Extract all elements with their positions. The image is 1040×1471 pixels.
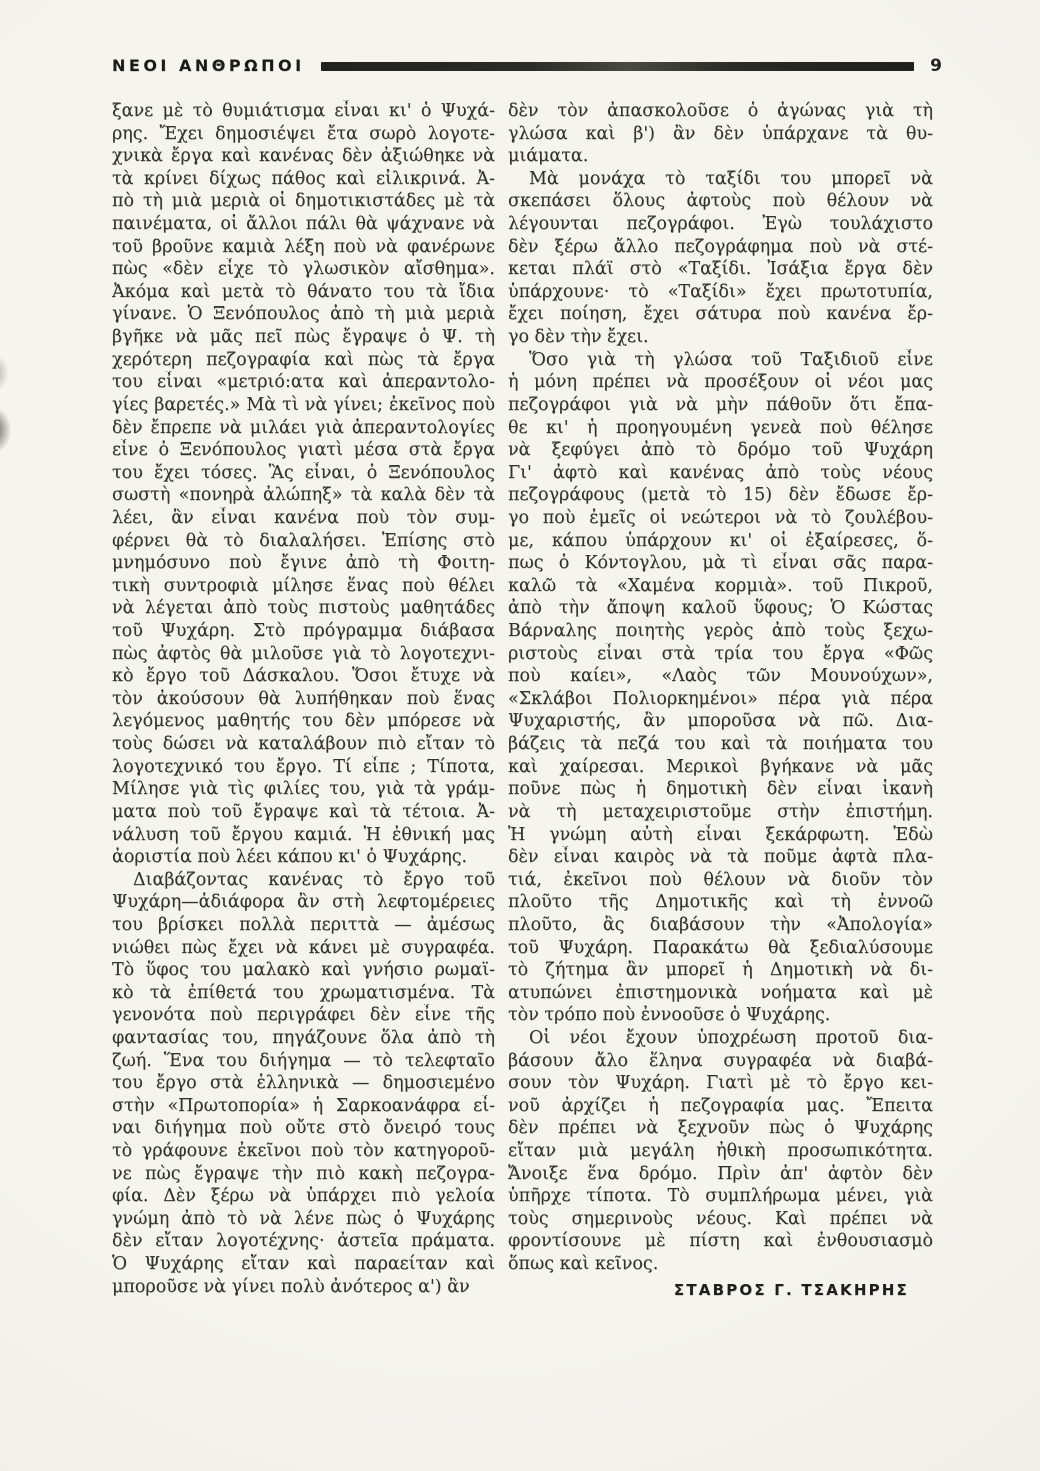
text-line: δὲν ξέρω ἄλλο πεζογράφημα ποὺ νὰ στέ-	[508, 236, 933, 259]
text-line: ἀοριστία ποὺ λέει κάπου κι' ὁ Ψυχάρης.	[112, 846, 495, 869]
text-line: τικὴ συντροφιὰ μίλησε ἕνας ποὺ θέλει	[112, 575, 495, 598]
text-line: τοῦ Ψυχάρη. Στὸ πρόγραμμα διάβασα	[112, 620, 495, 643]
text-line: λεγόμενος μαθητής του δὲν μπόρεσε νὰ	[112, 710, 495, 733]
text-line: τοῦ βροῦνε καμιὰ λέξη ποὺ νὰ φανέρωνε	[112, 236, 495, 259]
text-line: λέγουνται πεζογράφοι. Ἐγὼ τουλάχιστο	[508, 213, 933, 236]
text-line: τὰ κρίνει δίχως πάθος καὶ εἰλικρινά. Ἀ-	[112, 168, 495, 191]
text-line: Ἄνοιξε ἕνα δρόμο. Πρὶν ἀπ' ἀφτὸν δὲν	[508, 1163, 933, 1186]
text-line: τὸν ἀκούσουν θὰ λυπήθηκαν ποὺ ἕνας	[112, 688, 495, 711]
text-line: εἴταν μιὰ μεγάλη ἠθικὴ προσωπικότητα.	[508, 1140, 933, 1163]
text-line: Μίλησε γιὰ τὶς φιλίες του, γιὰ τὰ γράμ-	[112, 778, 495, 801]
text-line: δὲν πρέπει νὰ ξεχνοῦν πὼς ὁ Ψυχάρης	[508, 1117, 933, 1140]
text-line: γο δὲν τὴν ἔχει.	[508, 326, 933, 349]
text-line: νε πὼς ἔγραψε τὴν πιὸ κακὴ πεζογρα-	[112, 1163, 495, 1186]
text-line: πὼς «δὲν εἶχε τὸ γλωσικὸν αἴσθημα».	[112, 258, 495, 281]
text-line: βάσουν ἄλο ἕληνα συγραφέα νὰ διαβά-	[508, 1050, 933, 1073]
text-line: παινέματα, οἱ ἄλλοι πάλι θὰ ψάχνανε νὰ	[112, 213, 495, 236]
text-line: του ἔργο στὰ ἑλληνικὰ — δημοσιεμένο	[112, 1072, 495, 1095]
text-line: φαντασίας του, πηγάζουνε ὅλα ἀπὸ τὴ	[112, 1027, 495, 1050]
text-line: ποῦνε πὼς ἡ δημοτικὴ δὲν εἶναι ἱκανὴ	[508, 778, 933, 801]
text-line: τοὺς δώσει νὰ καταλάβουν πιὸ εἴταν τὸ	[112, 733, 495, 756]
text-line: φροντίσουνε μὲ πίστη καὶ ἐνθουσιασμὸ	[508, 1230, 933, 1253]
text-line: μποροῦσε νὰ γίνει πολὺ ἀνότερος α') ἂν	[112, 1276, 495, 1299]
text-line: ζωή. Ἕνα του διήγημα — τὸ τελεφταῖο	[112, 1050, 495, 1073]
text-line: Διαβάζοντας κανένας τὸ ἔργο τοῦ	[112, 869, 495, 892]
text-line: σκεπάσει ὅλους ἀφτοὺς ποὺ θέλουν νὰ	[508, 190, 933, 213]
text-line: στὴν «Πρωτοπορία» ἡ Σαρκοανάφρα εἶ-	[112, 1095, 495, 1118]
text-line: πλοῦτο, ἂς διαβάσουν τὴν «Ἀπολογία»	[508, 914, 933, 937]
text-line: τιά, ἐκεῖνοι ποὺ θέλουν νὰ διοῦν τὸν	[508, 869, 933, 892]
text-line: ματα ποὺ τοῦ ἔγραψε καὶ τὰ τέτοια. Ἀ-	[112, 801, 495, 824]
text-line: νιώθει πὼς ἔχει νὰ κάνει μὲ συγραφέα.	[112, 937, 495, 960]
text-line: νὰ ξεφύγει ἀπὸ τὸ δρόμο τοῦ Ψυχάρη	[508, 439, 933, 462]
article-body: ξανε μὲ τὸ θυμιάτισμα εἶναι κι' ὁ Ψυχά-ρ…	[112, 100, 933, 1299]
scan-edge-smudge	[0, 354, 9, 392]
text-line: ριστοὺς εἶναι στὰ τρία του ἔργα «Φῶς	[508, 643, 933, 666]
scan-edge-smudge	[0, 406, 11, 454]
text-line: ατυπώνει ἐπιστημονικὰ νοήματα καὶ μὲ	[508, 982, 933, 1005]
text-line: δὲν ἔπρεπε νὰ μιλάει γιὰ ἀπεραντολογίες	[112, 417, 495, 440]
text-line: βάζεις τὰ πεζά του καὶ τὰ ποιήματα του	[508, 733, 933, 756]
text-line: Τὸ ὕφος του μαλακὸ καὶ γνήσιο ρωμαϊ-	[112, 959, 495, 982]
text-line: γλώσα καὶ β') ἂν δὲν ὑπάρχανε τὰ θυ-	[508, 123, 933, 146]
text-line: τὸν τρόπο ποὺ ἐννοοῦσε ὁ Ψυχάρης.	[508, 1004, 933, 1027]
text-line: δὲν τὸν ἀπασκολοῦσε ὁ ἀγώνας γιὰ τὴ	[508, 100, 933, 123]
text-line: νὰ τὴ μεταχειριστοῦμε στὴν ἐπιστήμη.	[508, 801, 933, 824]
text-line: κεται πλάϊ στὸ «Ταξίδι. Ἰσάξια ἔργα δὲν	[508, 258, 933, 281]
text-line: ὑπάρχουνε· τὸ «Ταξίδι» ἔχει πρωτοτυπία,	[508, 281, 933, 304]
text-line: τὸ γράφουνε ἐκεῖνοι ποὺ τὸν κατηγοροῦ-	[112, 1140, 495, 1163]
text-line: πὸ τὴ μιὰ μεριὰ οἱ δημοτικιστάδες μὲ τὰ	[112, 190, 495, 213]
text-line: γίες βαρετές.» Μὰ τὶ νὰ γίνει; ἐκεῖνος π…	[112, 394, 495, 417]
text-line: βγῆκε νὰ μᾶς πεῖ πὼς ἔγραψε ὁ Ψ. τὴ	[112, 326, 495, 349]
text-line: Μὰ μονάχα τὸ ταξίδι του μπορεῖ νὰ	[508, 168, 933, 191]
text-line: σουν τὸν Ψυχάρη. Γιατὶ μὲ τὸ ἔργο κει-	[508, 1072, 933, 1095]
text-line: του ἔχει τόσες. Ἂς εἶναι, ὁ Ξενόπουλος	[112, 462, 495, 485]
page-number: 9	[930, 55, 942, 76]
text-line: γίνανε. Ὁ Ξενόπουλος ἀπὸ τὴ μιὰ μεριὰ	[112, 303, 495, 326]
text-line: ρης. Ἔχει δημοσιέψει ἔτα σωρὸ λογοτε-	[112, 123, 495, 146]
text-line: μιάματα.	[508, 145, 933, 168]
text-line: δὲν εἶναι καιρὸς νὰ τὰ ποῦμε ἀφτὰ πλα-	[508, 846, 933, 869]
text-line: γο ποὺ ἐμεῖς οἱ νεώτεροι νὰ τὸ ζουλέβου-	[508, 507, 933, 530]
text-line: ἔχει ποίηση, ἔχει σάτυρα ποὺ κανένα ἔρ-	[508, 303, 933, 326]
author-signature: ΣΤΑΒΡΟΣ Γ. ΤΣΑΚΗΡΗΣ	[508, 1281, 933, 1299]
text-line: πλοῦτο τῆς Δημοτικῆς καὶ τὴ ἐννοῶ	[508, 891, 933, 914]
text-line: του βρίσκει πολλὰ περιττὰ — ἀμέσως	[112, 914, 495, 937]
left-column: ξανε μὲ τὸ θυμιάτισμα εἶναι κι' ὁ Ψυχά-ρ…	[112, 100, 495, 1299]
text-line: Ψυχαριστής, ἂν μποροῦσα νὰ πῶ. Δια-	[508, 710, 933, 733]
text-line: καὶ χαίρεσαι. Μερικοὶ βγήκανε νὰ μᾶς	[508, 756, 933, 779]
text-line: πεζογράφους (μετὰ τὸ 15) δὲν ἔδωσε ἔρ-	[508, 484, 933, 507]
text-line: θε κι' ἡ προηγουμένη γενεὰ ποὺ θέλησε	[508, 417, 933, 440]
text-line: πὼς ἀφτὸς θὰ μιλοῦσε γιὰ τὸ λογοτεχνι-	[112, 643, 495, 666]
text-line: πως ὁ Κόντογλου, μὰ τὶ εἶναι σᾶς παρα-	[508, 552, 933, 575]
masthead: ΝΕΟΙ ΑΝΘΡΩΠΟΙ 9	[112, 53, 942, 77]
text-line: εἶνε ὁ Ξενόπουλος γιατὶ μέσα στὰ ἔργα	[112, 439, 495, 462]
text-line: ὑπῆρχε τίποτα. Τὸ συμπλήρωμα μένει, γιὰ	[508, 1185, 933, 1208]
text-line: Ὁ Ψυχάρης εἴταν καὶ παραείταν καὶ	[112, 1253, 495, 1276]
text-line: νὰ λέγεται ἀπὸ τοὺς πιστοὺς μαθητάδες	[112, 597, 495, 620]
text-line: Ὅσο γιὰ τὴ γλώσα τοῦ Ταξιδιοῦ εἶνε	[508, 349, 933, 372]
header-rule	[321, 62, 915, 71]
text-line: του εἶναι «μετριό:ατα καὶ ἀπεραντολο-	[112, 371, 495, 394]
text-line: Ψυχάρη—ἀδιάφορα ἂν στὴ λεφτομέρειες	[112, 891, 495, 914]
text-line: γνώμη ἀπὸ τὸ νὰ λένε πὼς ὁ Ψυχάρης	[112, 1208, 495, 1231]
text-line: Οἱ νέοι ἔχουν ὑποχρέωση προτοῦ δια-	[508, 1027, 933, 1050]
text-line: κὸ ἔργο τοῦ Δάσκαλου. Ὅσοι ἔτυχε νὰ	[112, 665, 495, 688]
right-column-text: δὲν τὸν ἀπασκολοῦσε ὁ ἀγώνας γιὰ τὴγλώσα…	[508, 100, 933, 1276]
text-line: Βάρναλης ποιητὴς γερὸς ἀπὸ τοὺς ξεχω-	[508, 620, 933, 643]
text-line: νοῦ ἀρχίζει ἡ πεζογραφία μας. Ἔπειτα	[508, 1095, 933, 1118]
right-column: δὲν τὸν ἀπασκολοῦσε ὁ ἀγώνας γιὰ τὴγλώσα…	[508, 100, 933, 1299]
text-line: Ἀκόμα καὶ μετὰ τὸ θάνατο του τὰ ἴδια	[112, 281, 495, 304]
text-line: φέρνει θὰ τὸ διαλαλήσει. Ἐπίσης στὸ	[112, 530, 495, 553]
text-line: σωστὴ «πονηρὰ ἀλώπηξ» τὰ καλὰ δὲν τὰ	[112, 484, 495, 507]
text-line: Ἡ γνώμη αὐτὴ εἶναι ξεκάρφωτη. Ἐδὼ	[508, 824, 933, 847]
text-line: κὸ τὰ ἐπίθετά του χρωματισμένα. Τὰ	[112, 982, 495, 1005]
text-line: πεζογράφοι γιὰ νὰ μὴν πάθοῦν ὅτι ἔπα-	[508, 394, 933, 417]
text-line: «Σκλάβοι Πολιορκημένοι» πέρα γιὰ πέρα	[508, 688, 933, 711]
publication-title: ΝΕΟΙ ΑΝΘΡΩΠΟΙ	[112, 56, 305, 75]
text-line: Γι' ἀφτὸ καὶ κανένας ἀπὸ τοὺς νέους	[508, 462, 933, 485]
text-line: ὅπως καὶ κεῖνος.	[508, 1253, 933, 1276]
text-line: λογοτεχνικό του ἔργο. Τί εἶπε ; Τίποτα,	[112, 756, 495, 779]
text-line: μνημόσυνο ποὺ ἔγινε ἀπὸ τὴ Φοιτη-	[112, 552, 495, 575]
text-line: δὲν εἴταν λογοτέχνης· ἀστεῖα πράματα.	[112, 1230, 495, 1253]
text-line: τοῦ Ψυχάρη. Παρακάτω θὰ ξεδιαλύσουμε	[508, 937, 933, 960]
text-line: χερότερη πεζογραφία καὶ πὼς τὰ ἔργα	[112, 349, 495, 372]
text-line: με, κάπου ὑπάρχουν κι' οἱ ἐξαίρεσες, ὅ-	[508, 530, 933, 553]
text-line: φία. Δὲν ξέρω νὰ ὑπάρχει πιὸ γελοία	[112, 1185, 495, 1208]
text-line: ναι διήγημα ποὺ οὔτε στὸ ὄνειρό τους	[112, 1117, 495, 1140]
text-line: λέει, ἂν εἶναι κανένα ποὺ τὸν συμ-	[112, 507, 495, 530]
text-line: ἡ μόνη πρέπει νὰ προσέξουν οἱ νέοι μας	[508, 371, 933, 394]
text-line: νάλυση τοῦ ἔργου καμιά. Ἡ ἐθνική μας	[112, 824, 495, 847]
text-line: τὸ ζήτημα ἂν μπορεῖ ἡ Δημοτικὴ νὰ δι-	[508, 959, 933, 982]
text-line: ἀπὸ τὴν ἄποψη καλοῦ ὕφους; Ὁ Κώστας	[508, 597, 933, 620]
text-line: χνικὰ ἔργα καὶ κανένας δὲν ἀξιώθηκε νὰ	[112, 145, 495, 168]
text-line: ξανε μὲ τὸ θυμιάτισμα εἶναι κι' ὁ Ψυχά-	[112, 100, 495, 123]
left-column-text: ξανε μὲ τὸ θυμιάτισμα εἶναι κι' ὁ Ψυχά-ρ…	[112, 100, 495, 1298]
text-line: καλῶ τὰ «Χαμένα κορμιὰ». τοῦ Πικροῦ,	[508, 575, 933, 598]
magazine-page-scan: ΝΕΟΙ ΑΝΘΡΩΠΟΙ 9 ξανε μὲ τὸ θυμιάτισμα εἶ…	[0, 0, 1040, 1471]
text-line: γενονότα ποὺ περιγράφει δὲν εἶνε τῆς	[112, 1004, 495, 1027]
text-line: ποὺ καίει», «Λαὸς τῶν Μουνούχων»,	[508, 665, 933, 688]
text-line: τοὺς σημερινοὺς νέους. Καὶ πρέπει νὰ	[508, 1208, 933, 1231]
